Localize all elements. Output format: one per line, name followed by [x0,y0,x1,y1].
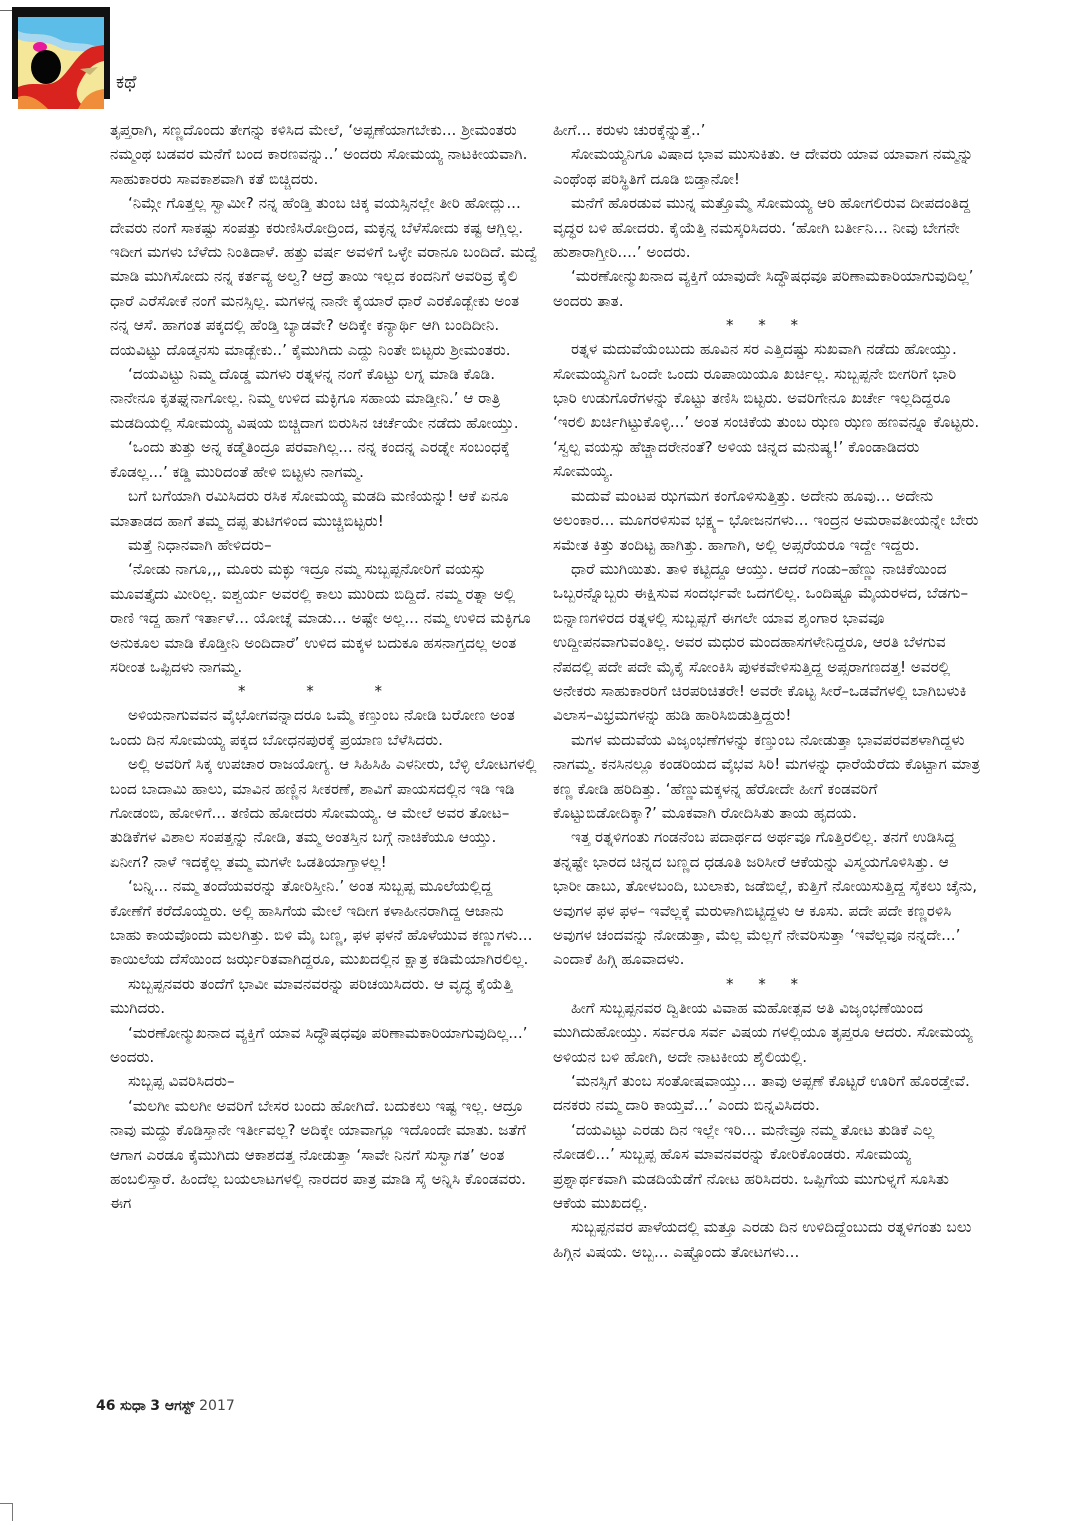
paragraph: ‘ಮನಸ್ಸಿಗೆ ತುಂಬ ಸಂತೋಷವಾಯ್ತು... ತಾವು ಅಪ್ಪಣ… [553,1069,981,1118]
paragraph: ಸೋಮಯ್ಯನಿಗೂ ವಿಷಾದ ಭಾವ ಮುಸುಕಿತು. ಆ ದೇವರು ಯ… [553,142,981,191]
paragraph: ‘ದಯವಿಟ್ಟು ನಿಮ್ಮ ದೊಡ್ಡ ಮಗಳು ರತ್ನಳನ್ನ ನಂಗೆ… [110,362,538,435]
paragraph: ‘ಒಂದು ತುತ್ತು ಅನ್ನ ಕಡ್ಮೆತಿಂದ್ರೂ ಪರವಾಗಿಲ್ಲ… [110,435,538,484]
section-label: ಕಥೆ [116,72,136,93]
paragraph: ಮಗಳ ಮದುವೆಯ ವಿಜೃಂಭಣೆಗಳನ್ನು ಕಣ್ತುಂಬ ನೋಡುತ್… [553,728,981,826]
paragraph: ಸುಬ್ಬಪ್ಪ ವಿವರಿಸಿದರು– [110,1069,538,1093]
paragraph: ‘ಮರಣೋನ್ಮುಖನಾದ ವ್ಯಕ್ತಿಗೆ ಯಾವ ಸಿದ್ಧೌಷಧವೂ ಪ… [110,1021,538,1070]
paragraph: ‘ಬನ್ನಿ... ನಮ್ಮ ತಂದೆಯವರನ್ನು ತೋರಿಸ್ತೀನಿ.’ … [110,874,538,972]
paragraph: ಮತ್ತೆ ನಿಧಾನವಾಗಿ ಹೇಳಿದರು– [110,533,538,557]
paragraph: ‘ಮಲಗೀ ಮಲಗೀ ಅವರಿಗೆ ಬೇಸರ ಬಂದು ಹೋಗಿದೆ. ಬದುಕ… [110,1094,538,1216]
paragraph: ‘ಮರಣೋನ್ಮುಖನಾದ ವ್ಯಕ್ತಿಗೆ ಯಾವುದೇ ಸಿದ್ಧೌಷಧವ… [553,264,981,313]
magazine-name: ಸುಧಾ [120,1398,146,1414]
paragraph: ಮನೆಗೆ ಹೊರಡುವ ಮುನ್ನ ಮತ್ತೊಮ್ಮೆ ಸೋಮಯ್ಯ ಆರಿ … [553,191,981,264]
paragraph: ಬಗೆ ಬಗೆಯಾಗಿ ರಮಿಸಿದರು ರಸಿಕ ಸೋಮಯ್ಯ ಮಡದಿ ಮಣ… [110,484,538,533]
issue-year: 2017 [199,1398,235,1414]
issue-date: 3 ಆಗಸ್ಟ್ [150,1398,194,1414]
logo-art [18,17,104,109]
paragraph: ಸುಬ್ಬಪ್ಪನವರ ಪಾಳೆಯದಲ್ಲಿ ಮತ್ತೂ ಎರಡು ದಿನ ಉಳ… [553,1215,981,1264]
section-break-stars: * * * [110,679,538,703]
paragraph: ‘ನಿಮ್ಗೇ ಗೊತ್ತಲ್ಲ ಸ್ವಾಮೀ? ನನ್ನ ಹೆಂಡ್ತಿ ತು… [110,191,538,362]
section-break-stars: * * * [553,972,981,996]
page-footer: 46 ಸುಧಾ 3 ಆಗಸ್ಟ್ 2017 [96,1398,235,1414]
abstract-art-logo-icon [12,7,110,105]
paragraph: ತೃಪ್ತರಾಗಿ, ಸಣ್ಣದೊಂದು ತೇಗನ್ನು ಕಳಿಸಿದ ಮೇಲೆ… [110,118,538,191]
paragraph: ಹೀಗೆ ಸುಬ್ಬಪ್ಪನವರ ದ್ವಿತೀಯ ವಿವಾಹ ಮಹೋತ್ಸವ ಅ… [553,996,981,1069]
paragraph: ‘ನೋಡು ನಾಗೂ,,, ಮೂರು ಮಕ್ಳು ಇದ್ರೂ ನಮ್ಮ ಸುಬ್… [110,557,538,679]
paragraph: ಇತ್ತ ರತ್ನಳಿಗಂತು ಗಂಡನೆಂಬ ಪದಾರ್ಥದ ಅರ್ಥವೂ ಗ… [553,825,981,971]
page-number: 46 [96,1398,115,1414]
article-column-right: ಹೀಗೆ... ಕರುಳು ಚುರಕ್ಕೆನ್ನುತ್ತೆ..’ಸೋಮಯ್ಯನಿ… [553,118,981,1264]
paragraph: ಹೀಗೆ... ಕರುಳು ಚುರಕ್ಕೆನ್ನುತ್ತೆ..’ [553,118,981,142]
paragraph: ಧಾರೆ ಮುಗಿಯಿತು. ತಾಳಿ ಕಟ್ಟಿದ್ದೂ ಆಯ್ತು. ಆದರ… [553,557,981,728]
paragraph: ಸುಬ್ಬಪ್ಪನವರು ತಂದೆಗೆ ಭಾವೀ ಮಾವನವರನ್ನು ಪರಿಚ… [110,972,538,1021]
article-column-left: ತೃಪ್ತರಾಗಿ, ಸಣ್ಣದೊಂದು ತೇಗನ್ನು ಕಳಿಸಿದ ಮೇಲೆ… [110,118,538,1216]
section-break-stars: * * * [553,313,981,337]
paragraph: ಅಲ್ಲಿ ಅವರಿಗೆ ಸಿಕ್ಕ ಉಪಚಾರ ರಾಜಯೋಗ್ಯ. ಆ ಸಿಹ… [110,752,538,874]
crop-mark-bottom-vertical [12,1503,13,1521]
paragraph: ‘ದಯವಿಟ್ಟು ಎರಡು ದಿನ ಇಲ್ಲೇ ಇರಿ... ಮನೇವ್ರೂ … [553,1118,981,1216]
paragraph: ರತ್ನಳ ಮದುವೆಯೆಂಬುದು ಹೂವಿನ ಸರ ಎತ್ತಿದಷ್ಟು ಸ… [553,337,981,483]
paragraph: ಅಳಿಯನಾಗುವವನ ವೈಭೋಗವನ್ನಾದರೂ ಒಮ್ಮೆ ಕಣ್ತುಂಬ … [110,703,538,752]
paragraph: ಮದುವೆ ಮಂಟಪ ಝಗಮಗ ಕಂಗೊಳಿಸುತ್ತಿತ್ತು. ಅದೇನು … [553,484,981,557]
